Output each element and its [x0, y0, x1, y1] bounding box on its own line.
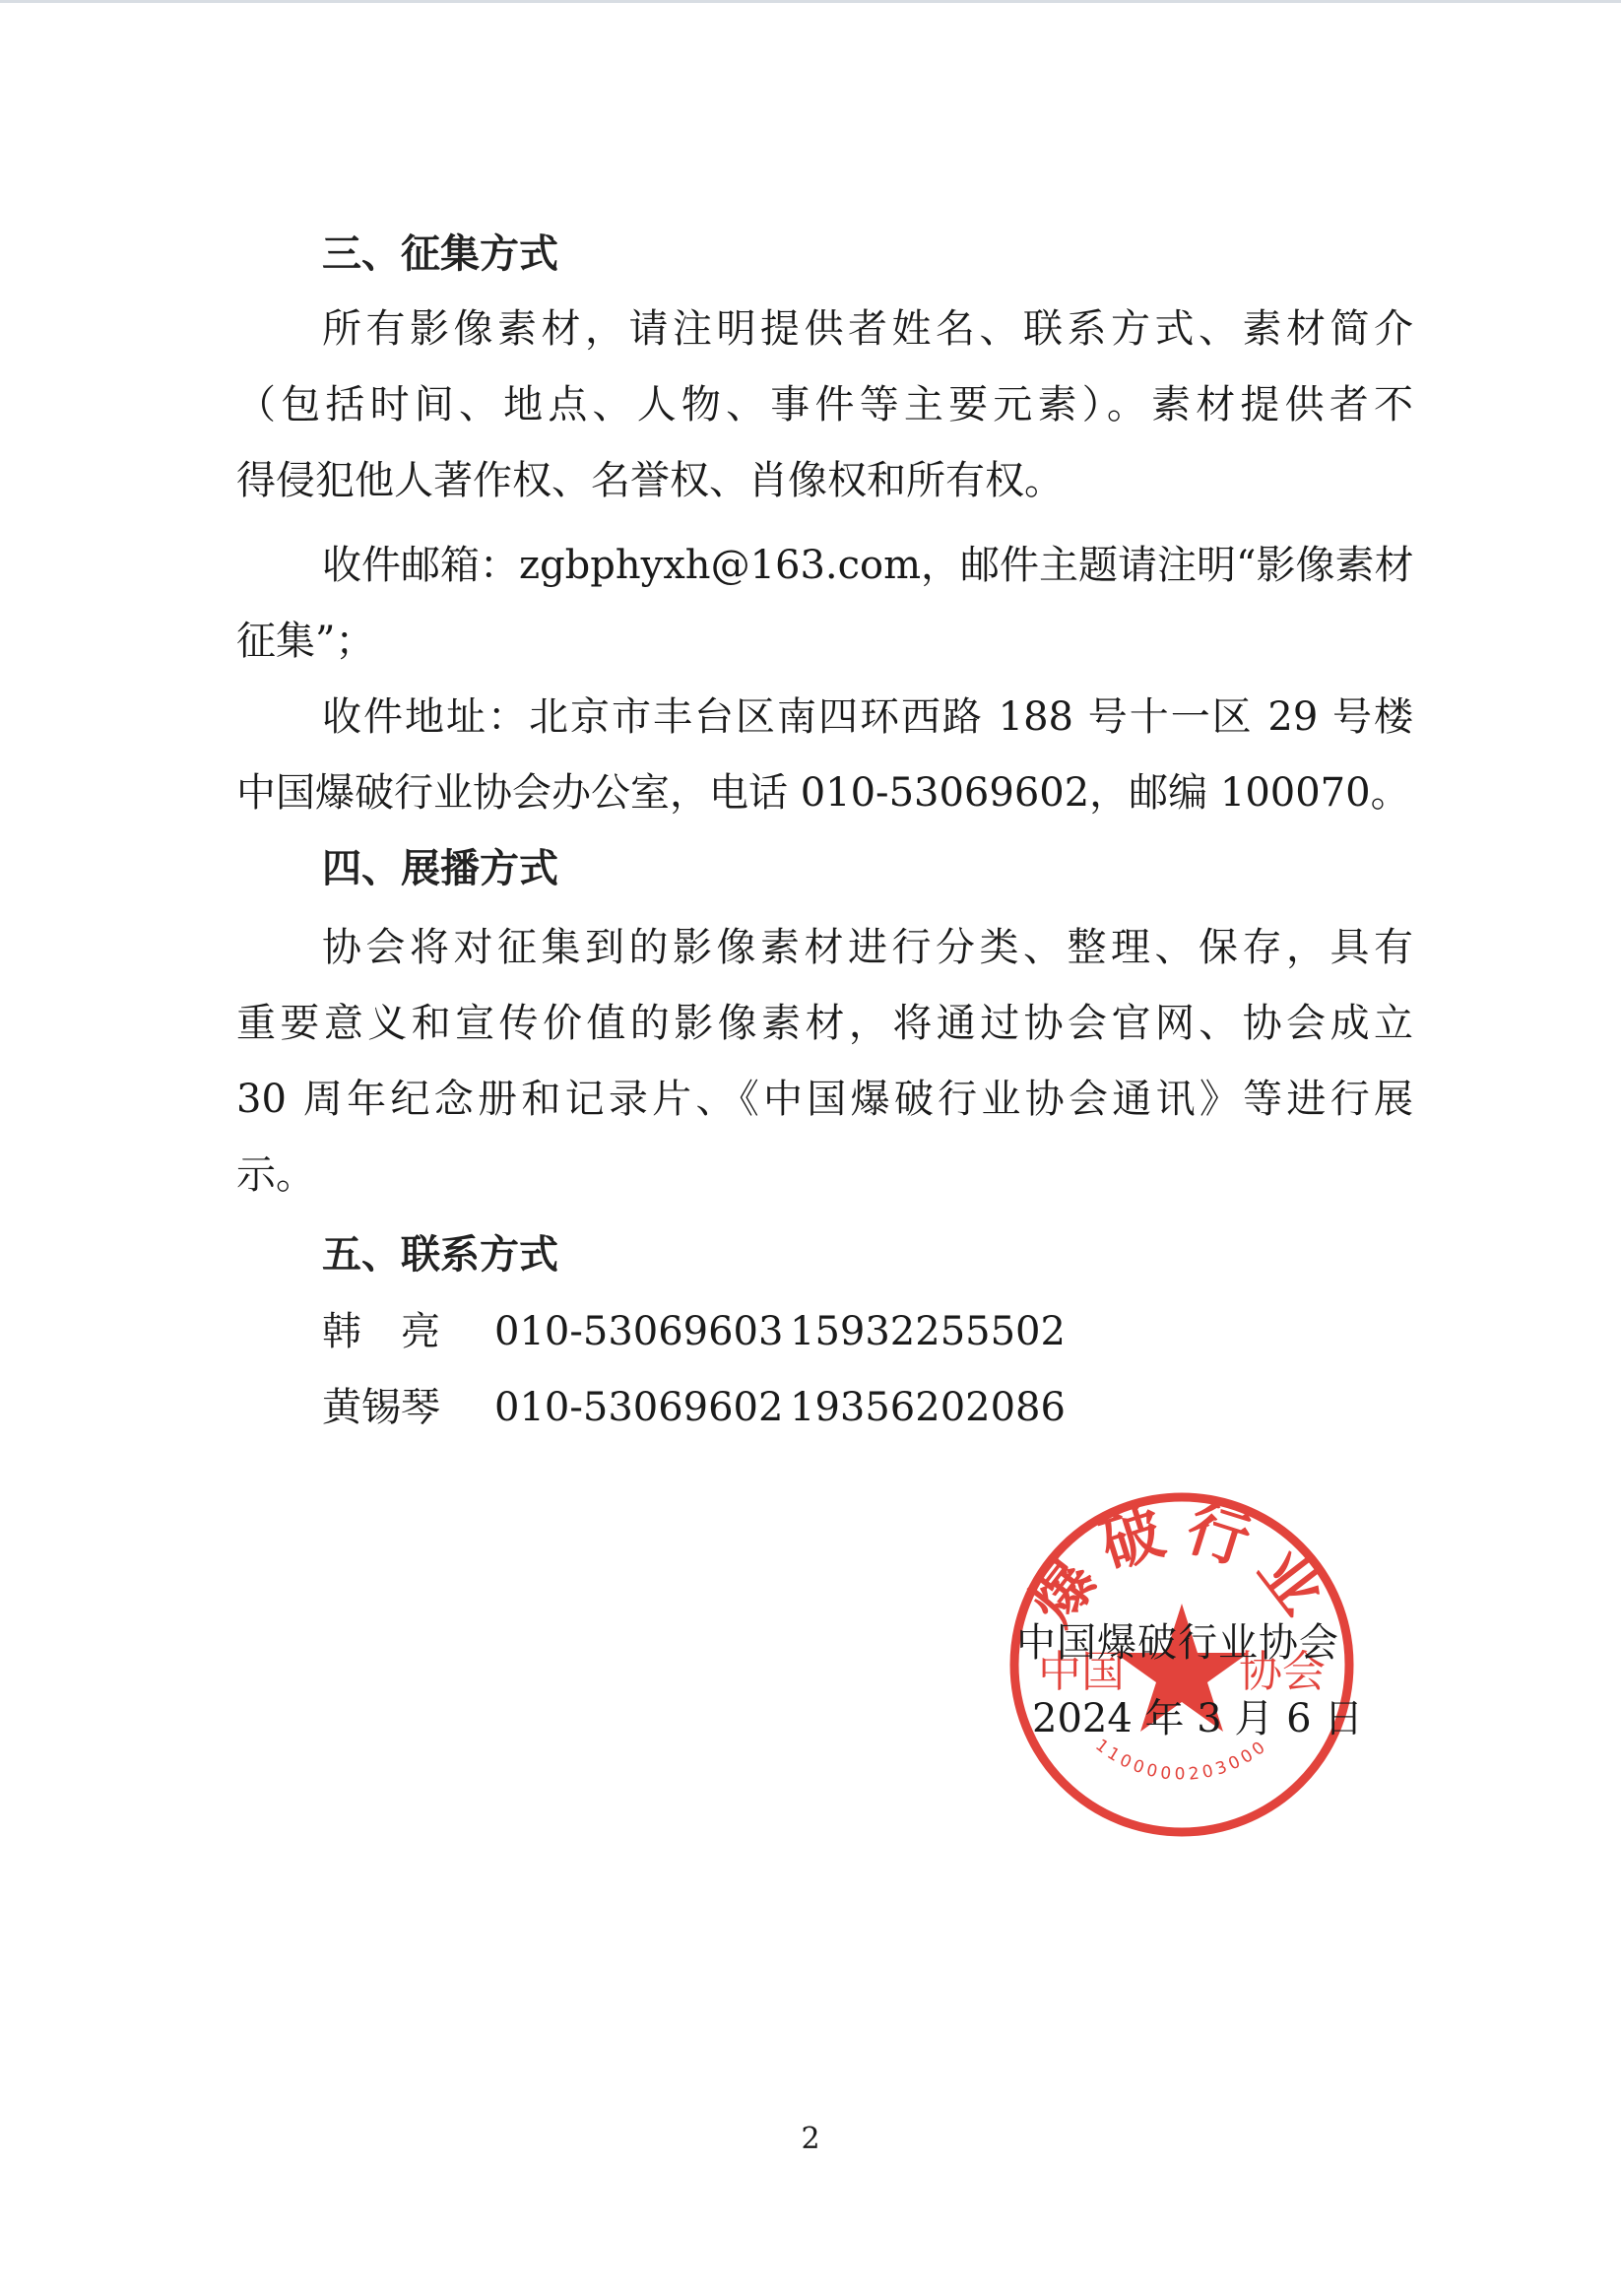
page-number: 2	[0, 2120, 1621, 2159]
address-line: 中国爆破行业协会办公室，电话 010-53069602，邮编 100070。	[236, 765, 1413, 820]
contact-mobile: 19356202086	[790, 1380, 1066, 1435]
contact-row: 韩 亮010-5306960315932255502	[322, 1304, 1066, 1359]
contact-name: 黄锡琴	[322, 1380, 494, 1435]
paragraph-line: 征集”；	[236, 614, 1413, 669]
signing-organization: 中国爆破行业协会	[1016, 1615, 1339, 1671]
paragraph-line: 30 周年纪念册和记录片、《中国爆破行业协会通讯》等进行展	[236, 1072, 1413, 1127]
paragraph-line: 重要意义和宣传价值的影像素材，将通过协会官网、协会成立	[236, 996, 1413, 1051]
section-heading-collection-method: 三、征集方式	[322, 227, 558, 282]
contact-name: 韩 亮	[322, 1304, 494, 1359]
contact-phone: 010-53069603	[494, 1304, 790, 1359]
contact-mobile: 15932255502	[790, 1304, 1066, 1359]
paragraph-line: （包括时间、地点、人物、事件等主要元素）。素材提供者不	[236, 377, 1413, 432]
contact-phone: 010-53069602	[494, 1380, 790, 1435]
email-line: 收件邮箱：zgbphyxh@163.com，邮件主题请注明“影像素材	[322, 538, 1413, 593]
paragraph-line: 协会将对征集到的影像素材进行分类、整理、保存，具有	[322, 920, 1413, 975]
section-heading-display-method: 四、展播方式	[322, 841, 558, 896]
contact-row: 黄锡琴010-5306960219356202086	[322, 1380, 1066, 1435]
paragraph-line: 得侵犯他人著作权、名誉权、肖像权和所有权。	[236, 453, 1413, 508]
section-heading-contact: 五、联系方式	[322, 1227, 558, 1282]
paragraph-line: 所有影像素材，请注明提供者姓名、联系方式、素材简介	[322, 301, 1413, 357]
document-page: 三、征集方式 所有影像素材，请注明提供者姓名、联系方式、素材简介 （包括时间、地…	[0, 0, 1621, 2296]
address-line: 收件地址：北京市丰台区南四环西路 188 号十一区 29 号楼	[322, 689, 1413, 745]
signing-date: 2024 年 3 月 6 日	[1032, 1691, 1363, 1746]
paragraph-line: 示。	[236, 1148, 1413, 1203]
